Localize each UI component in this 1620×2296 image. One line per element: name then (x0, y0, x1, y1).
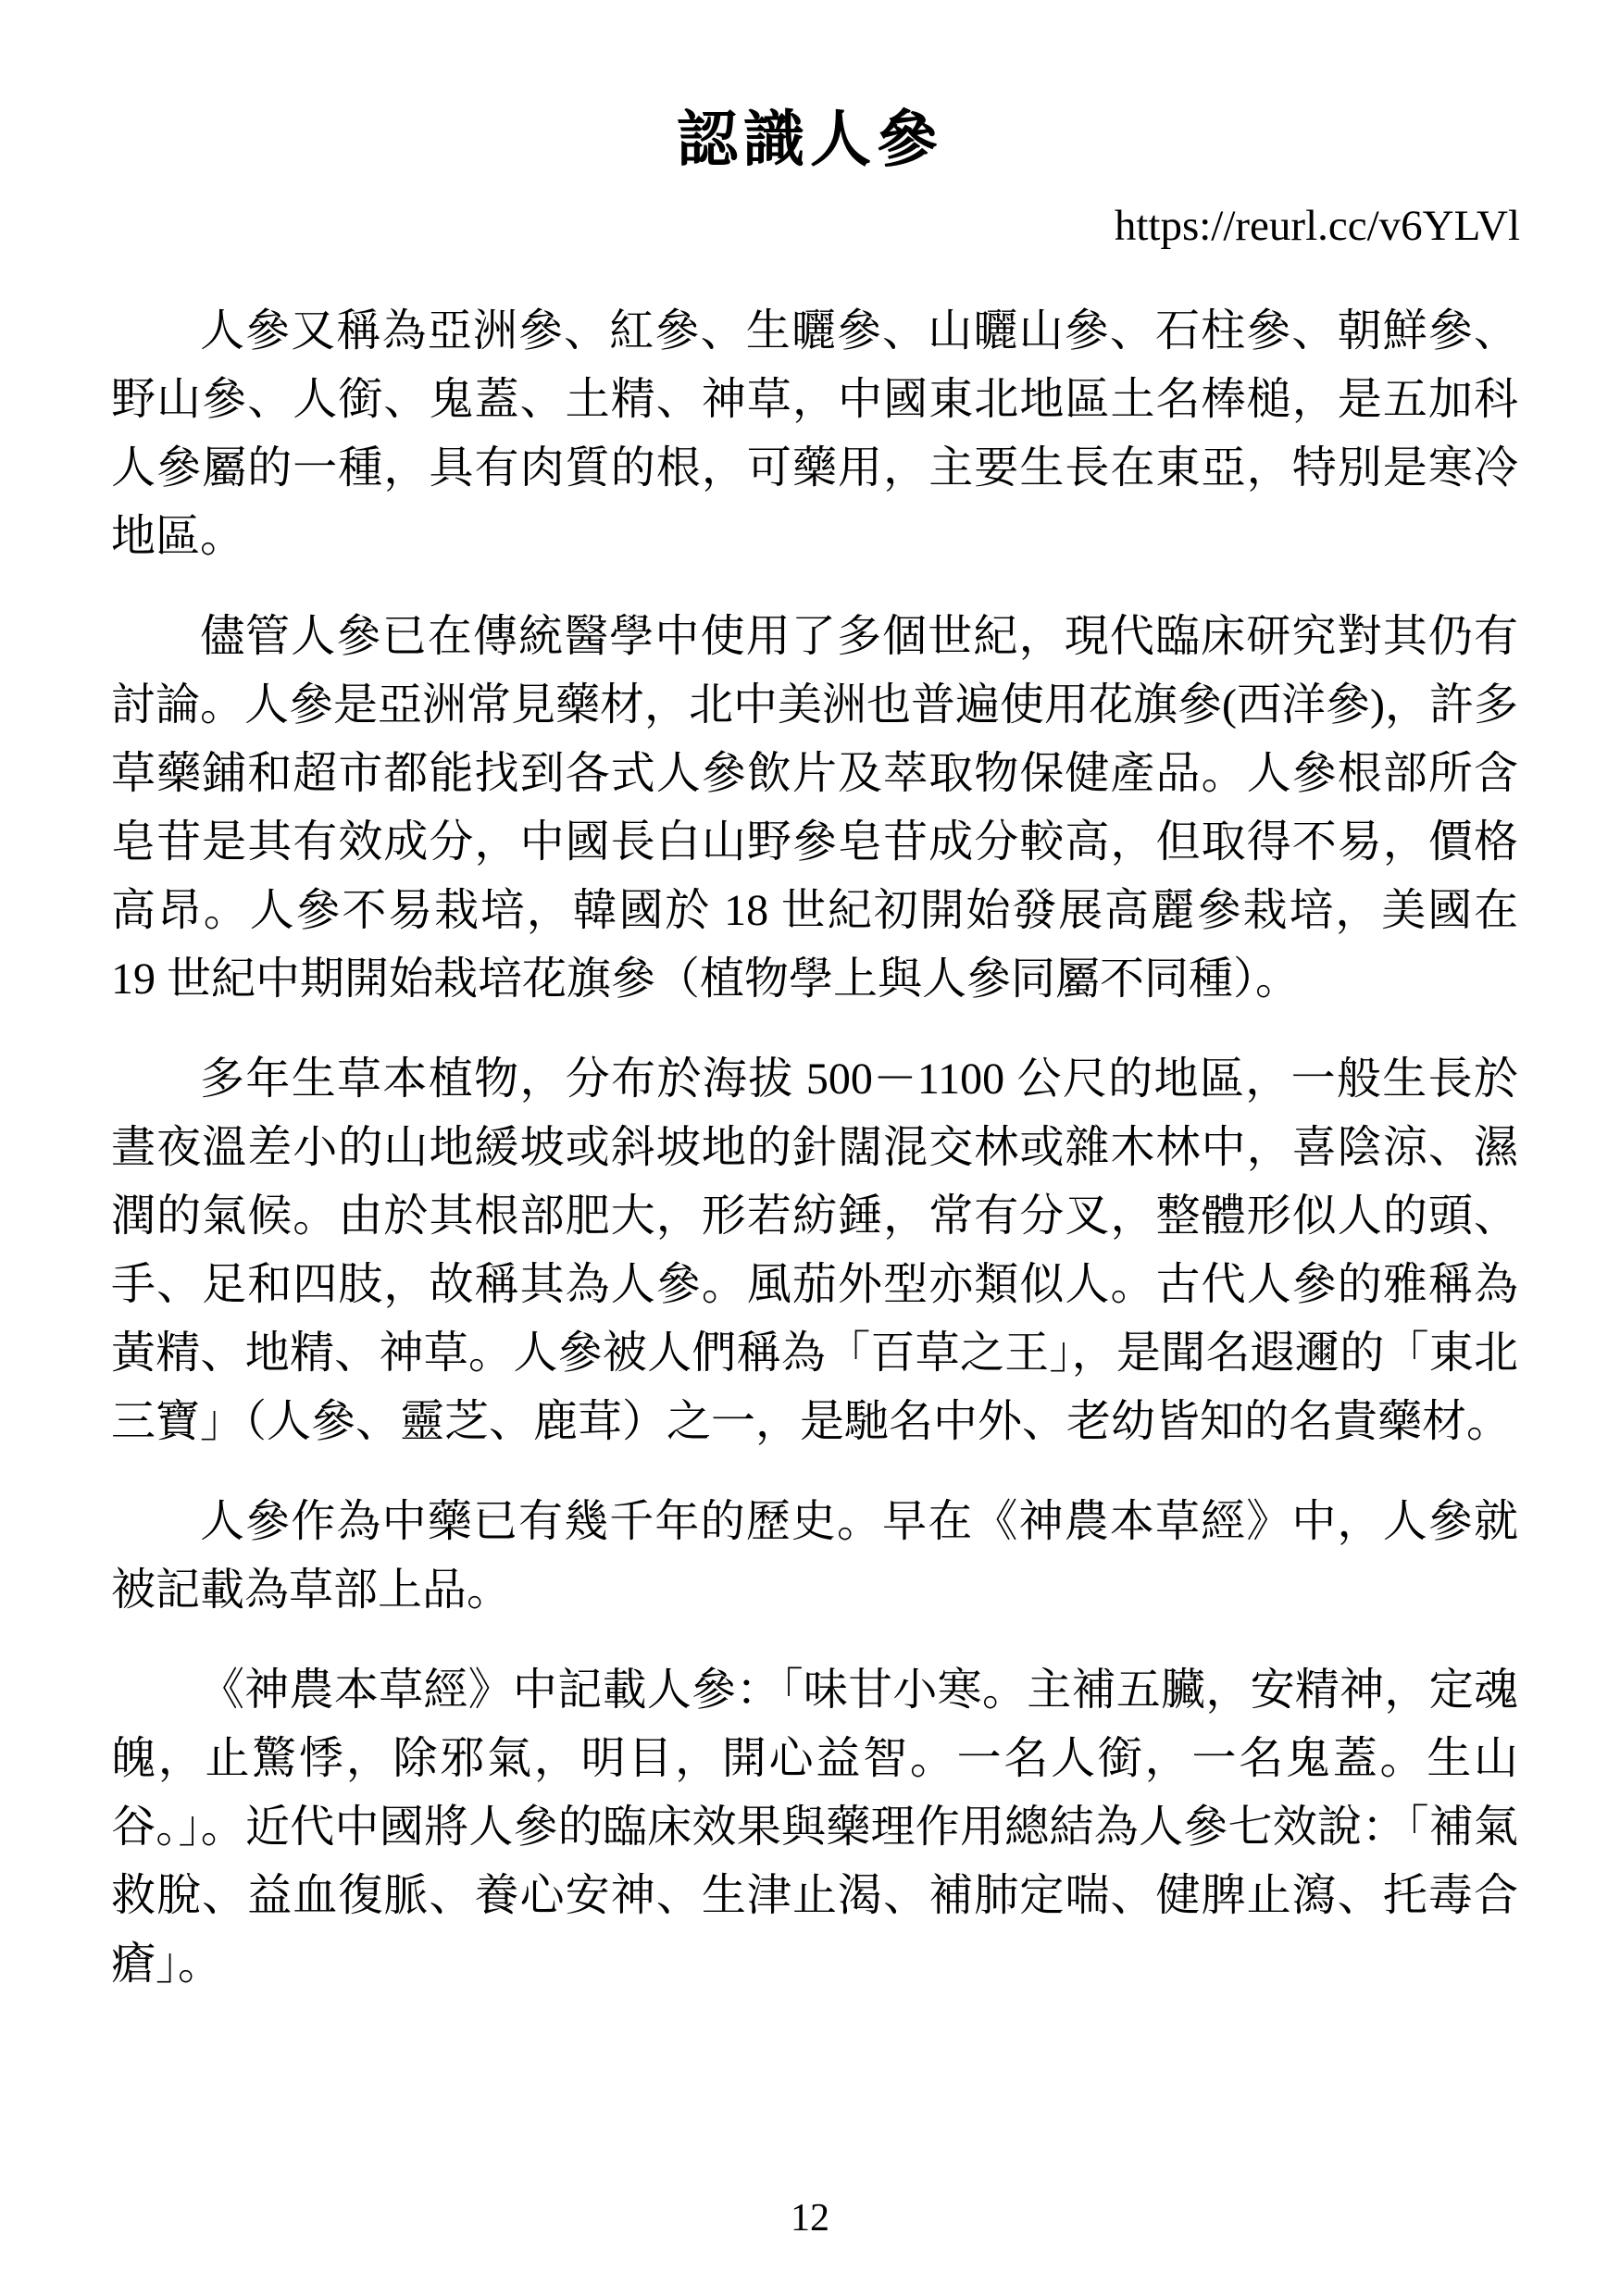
paragraph-1: 人參又稱為亞洲參、紅參、生曬參、山曬山參、石柱參、朝鮮參、野山參、人銜、鬼蓋、土… (111, 297, 1518, 571)
page-title: 認識人參 (0, 0, 1620, 175)
document-page: 認識人參 https://reurl.cc/v6YLVl 人參又稱為亞洲參、紅參… (0, 0, 1620, 2296)
paragraph-2: 儘管人參已在傳統醫學中使用了多個世紀，現代臨床研究對其仍有討論。人參是亞洲常見藥… (111, 603, 1518, 1014)
document-body: 人參又稱為亞洲參、紅參、生曬參、山曬山參、石柱參、朝鮮參、野山參、人銜、鬼蓋、土… (111, 297, 1518, 1999)
paragraph-4: 人參作為中藥已有幾千年的歷史。早在《神農本草經》中，人參就被記載為草部上品。 (111, 1488, 1518, 1625)
source-url-text: https://reurl.cc/v6YLVl (0, 201, 1620, 251)
paragraph-3: 多年生草本植物，分布於海拔 500－1100 公尺的地區，一般生長於晝夜溫差小的… (111, 1045, 1518, 1456)
paragraph-5: 《神農本草經》中記載人參：「味甘小寒。主補五臟，安精神，定魂魄，止驚悸，除邪氣，… (111, 1656, 1518, 1999)
page-number: 12 (0, 2196, 1620, 2240)
